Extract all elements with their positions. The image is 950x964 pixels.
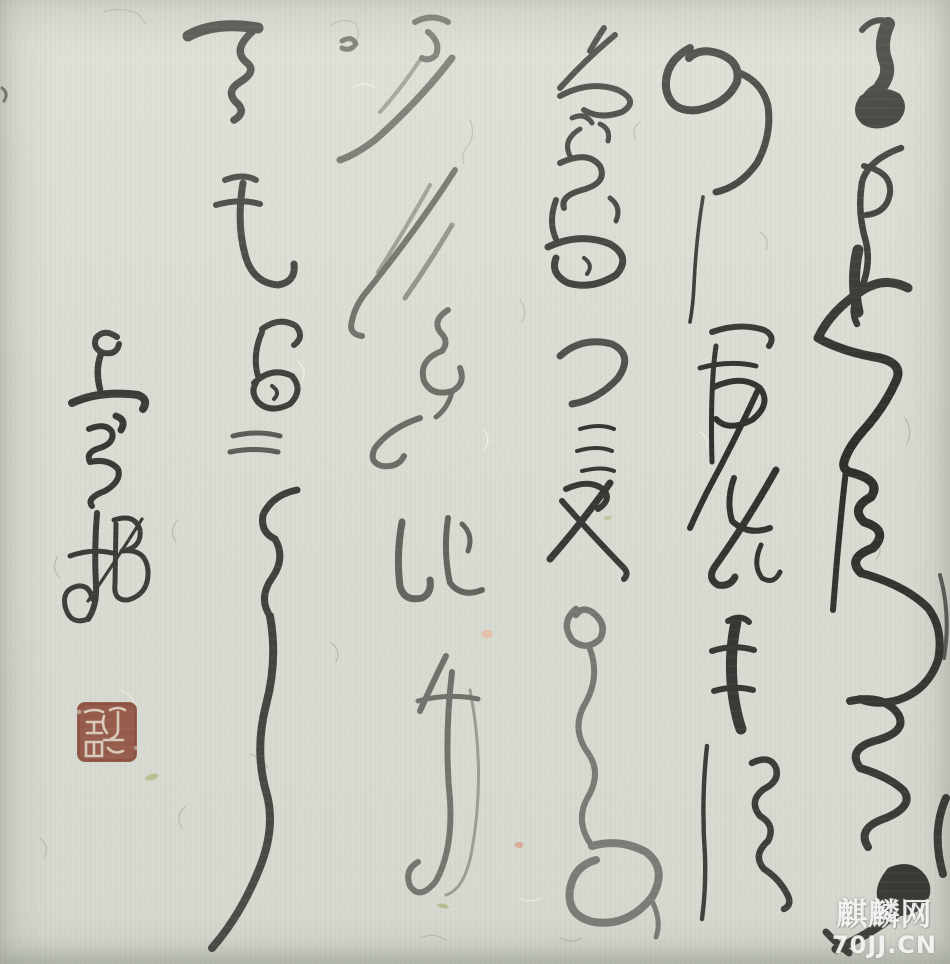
calligraphy-artwork xyxy=(0,0,950,964)
calligraphy-photo: 麒麟网 70JJ.CN xyxy=(0,0,950,964)
artist-seal xyxy=(77,702,139,762)
